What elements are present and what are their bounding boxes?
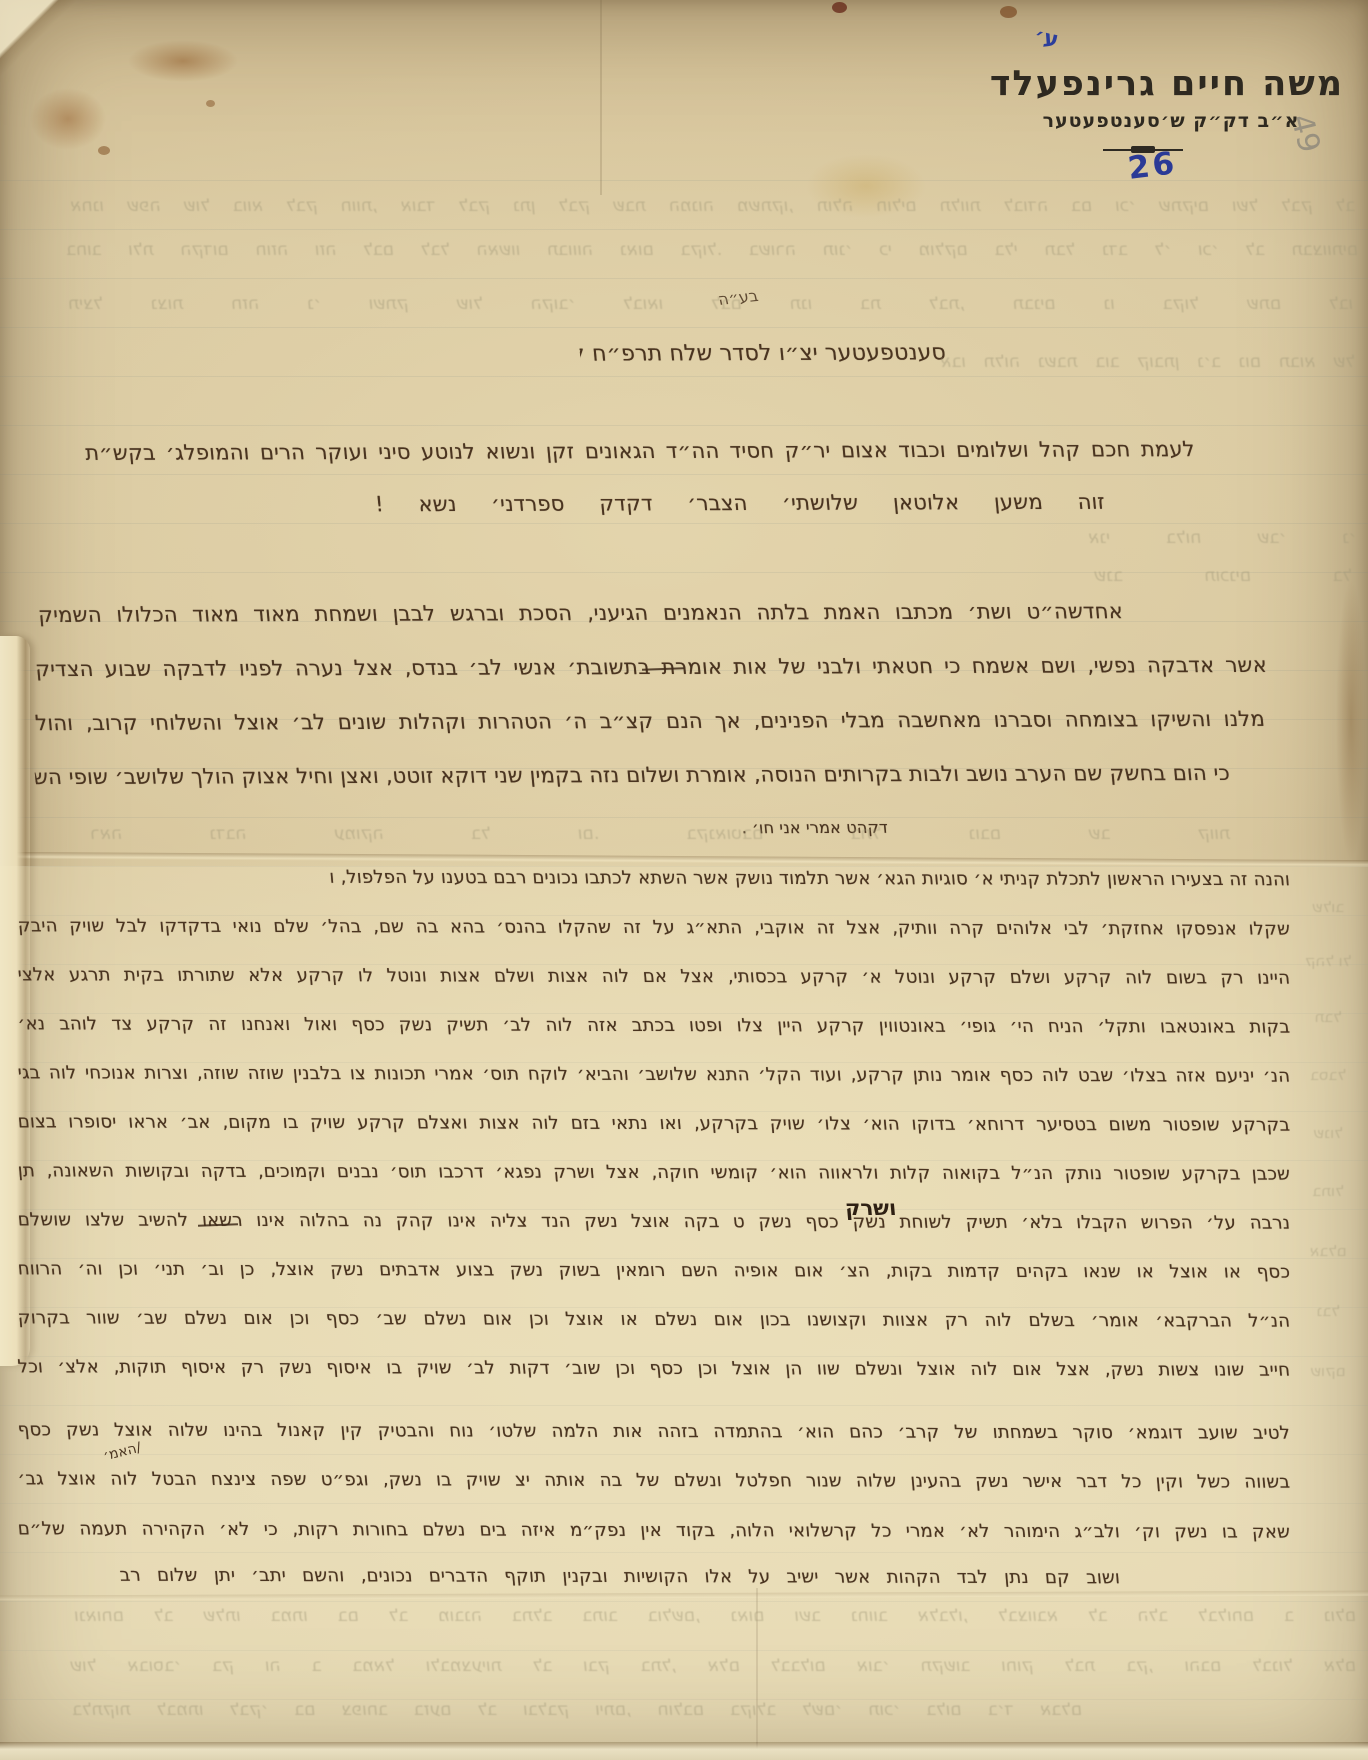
stain-top-edge-2 — [1000, 6, 1017, 18]
stain-dot-1 — [98, 146, 110, 155]
bleed-margin-word: בסבל — [1296, 1066, 1360, 1084]
paper-ruling — [0, 180, 1368, 1746]
pencil-number: 49 — [1283, 111, 1326, 157]
salutation-line: זוה משען אלוטאן שלושתי׳ הצבר׳ דקדק ספרדנ… — [374, 489, 1106, 518]
bleed-margin-word: שלוב — [1296, 898, 1360, 916]
body-line: חייב שונו צשות נשק, אצל אום לוה אוצל ונש… — [17, 1356, 1291, 1382]
dateline: סענטפעטער יצ״ו לסדר שלח תרפ״ח לפ״ק — [579, 339, 947, 368]
body-line: הנ׳ יניעם אזה בצלו׳ שבט לוה כסף אומר נות… — [17, 1062, 1291, 1088]
fold-lower — [0, 1591, 1368, 1601]
bleed-line: אחנו שפה שול בווא לבק חוות, אובד לבק נתן… — [69, 196, 1356, 216]
body-line: לטיב שועב דוגמא׳ סוקר בשמחתו של קרב׳ כהם… — [17, 1419, 1291, 1445]
body-line: נרבה על׳ הפרוש הקבלו בלא׳ תשיק לשוחת נשק… — [17, 1209, 1291, 1235]
body-line: אחדשה״ט ושת׳ מכתבו האמת בלתה הנאמנים הגי… — [37, 598, 1124, 628]
crease-vertical-top — [600, 0, 602, 195]
body-line: שכבן בקרקע שופטור נותק הנ״ל בקואוה קלות … — [17, 1160, 1291, 1186]
bleed-margin-word: אבלם — [1296, 1242, 1360, 1260]
bleed-line: בלתקות לבמתו לבק׳ בם צפוחב בזעם לב ובלבק… — [71, 1700, 1083, 1720]
body-line: בשווה כשל וקין כל דבר אישר נשק בהעינן של… — [17, 1468, 1291, 1494]
interline-insert-note: האמ׳/ — [102, 1440, 143, 1465]
stain-top-edge-1 — [832, 2, 847, 13]
body-line: ושוב קם נתן לבד הקהות אשר ישיב על אלו הק… — [119, 1565, 1121, 1590]
bleed-line: שול אבוסב׳ בק וה ב במאל ולבמצעיות לב ובק… — [69, 1656, 1357, 1676]
body-line: כסף או אוצל או שנאו בקהים קדמות בקות, הצ… — [17, 1258, 1291, 1284]
bleed-line: בחוב ולת הקדום חוזה וזה לבם לבל האשוו תב… — [65, 240, 1359, 260]
bleed-margin-word: תבל — [1296, 1008, 1360, 1026]
bleed-margin-word: קהל ול — [1296, 952, 1360, 970]
body-line: כי הום בחשק שם הערב נושב ולבות בקרותים ה… — [34, 760, 1231, 790]
body-line: בקות באונטאבו ותקל׳ הניח הי׳ גופי׳ באונט… — [17, 1013, 1291, 1039]
letterhead-name: משה חיים גרינפעלד — [982, 64, 1352, 104]
body-line: היינו רק בשום לוה קרקע ושלם קרקע ונוטל א… — [17, 964, 1291, 990]
bleed-line: ונאוחם לב שלתו במתו בם לב מובנה בתלב בתו… — [73, 1606, 1357, 1626]
torn-left-edge — [0, 636, 30, 1366]
stain-right-edge — [1336, 580, 1366, 860]
bold-ink-word: ושרק — [844, 1196, 897, 1220]
fold-between-pages — [0, 852, 1368, 867]
bleed-margin-word: שוקם — [1296, 1362, 1360, 1380]
body-line: שקלו אנפסקו אחזקת׳ לבי אלוהים קרה וותיק,… — [17, 915, 1291, 941]
bleed-margin-word: שנול — [1296, 1124, 1360, 1142]
body-line: והנה זה בצעירו הראשון לתכלת קניתי א׳ סוג… — [329, 867, 1291, 892]
body-line: הנ״ל הברקבא׳ אומר׳ בשלם לוה רק אצוות וקצ… — [17, 1307, 1291, 1333]
corner-fold-top-left — [0, 0, 124, 90]
salutation-line: לעמת חכם קהל ושלומים וכבוד אצום יר״ק חסי… — [84, 436, 1196, 466]
stain-top-left-1 — [128, 40, 238, 82]
body-line: מלנו והשיקו בצומחה וסברנו מאחשבה מבלי הפ… — [34, 706, 1266, 737]
stain-dot-2 — [206, 100, 215, 107]
stain-top-left-2 — [30, 88, 106, 150]
bleed-line: תיצל נצות חזה נ׳ ושתק שול הקוב׳ לבואו לב… — [67, 294, 1354, 314]
blue-number: 26 — [1126, 145, 1179, 187]
body-line: בקרקע שופטור משום בטסיער דרוחא׳ בדוקו הו… — [17, 1111, 1291, 1137]
bleed-line: אבו תלוה נשבת בוב קובתן נ׳ב נום תבוא של — [939, 352, 1356, 372]
bleed-line: ראה נדבה עמוקה בל ום. בקנאוטבם בתל נובם … — [89, 824, 1231, 844]
letterhead-subtitle: א״ב דק״ק ש׳סענטפעטער — [1040, 110, 1302, 132]
body-line: שאק בו נשק וק׳ ולב״ג הימוהר לא׳ אמרי כל … — [17, 1518, 1291, 1544]
paper-bottom-edge — [0, 1742, 1368, 1760]
bleed-line: שנב תוכנים בל — [1093, 566, 1353, 586]
bleed-margin-word: נבל — [1296, 1302, 1360, 1320]
body-line: אשר אדבקה נפשי, ושם אשמח כי חטאתי ולבני … — [34, 652, 1268, 683]
bleed-line: אני בלוח שב׳ נ׳ — [1087, 528, 1357, 548]
scanned-letter: משה חיים גרינפעלד א״ב דק״ק ש׳סענטפעטער ע… — [0, 0, 1368, 1760]
blue-check-mark: ע׳ — [1032, 24, 1061, 54]
bleed-margin-word: בתול — [1296, 1182, 1360, 1200]
